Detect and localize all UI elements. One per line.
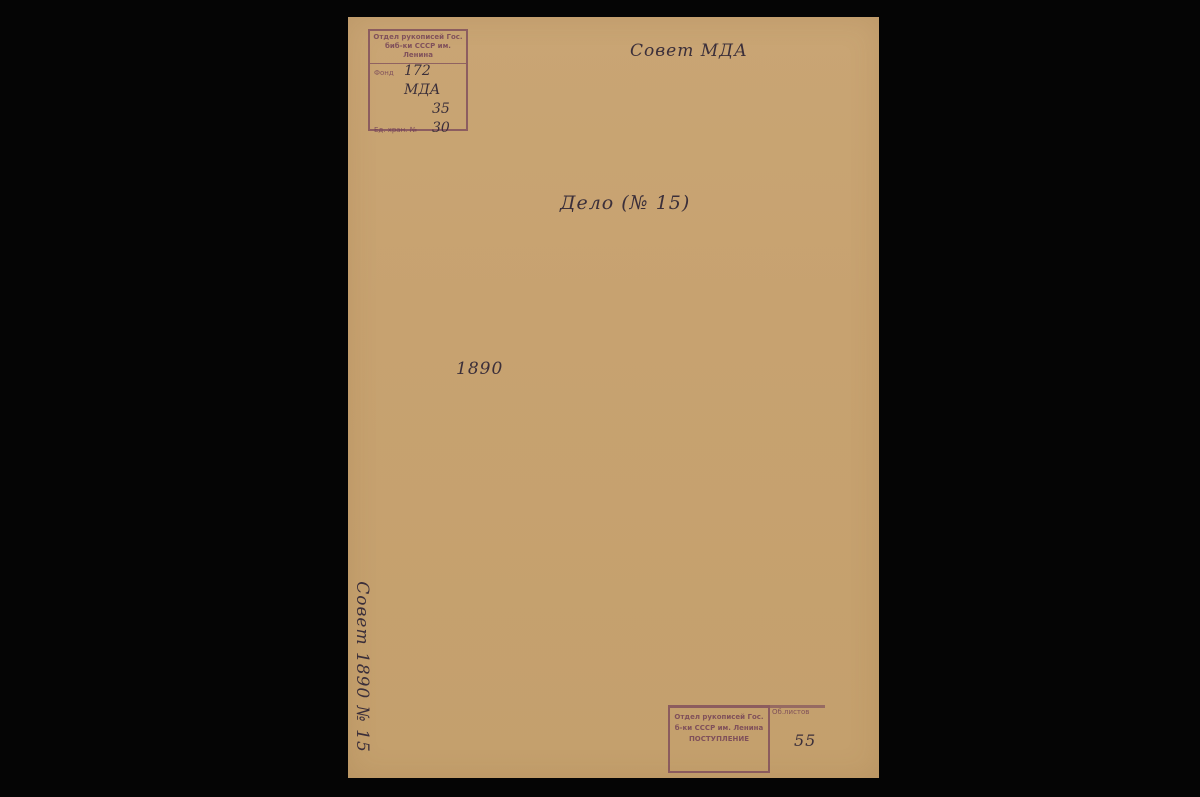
unit-number: 30 (432, 119, 450, 138)
stamp-row-collection: МДА (370, 83, 466, 102)
stamp-header: Отдел рукописей Гос. биб-ки СССР им. Лен… (370, 31, 466, 64)
stamp-row-unit: Ед. хран. № 30 (370, 121, 466, 140)
archive-stamp-bottom: Отдел рукописей Гос. б-ки СССР им. Ленин… (668, 705, 770, 773)
fond-number: 172 (404, 62, 431, 81)
archive-stamp-top: Отдел рукописей Гос. биб-ки СССР им. Лен… (368, 29, 468, 131)
year: 1890 (456, 359, 503, 379)
collection-name: МДА (404, 81, 440, 100)
spine-note: Совет 1890 № 15 (352, 581, 372, 753)
case-title: Дело (№ 15) (560, 192, 690, 214)
stamp-row-opis: 35 (370, 102, 466, 121)
opis-number: 35 (432, 100, 450, 119)
header-note: Совет МДА (630, 41, 748, 61)
stamp-side-label: Об.листов (772, 708, 809, 716)
sheet-count: 55 (794, 731, 816, 750)
folder-cover: Отдел рукописей Гос. биб-ки СССР им. Лен… (348, 17, 879, 778)
